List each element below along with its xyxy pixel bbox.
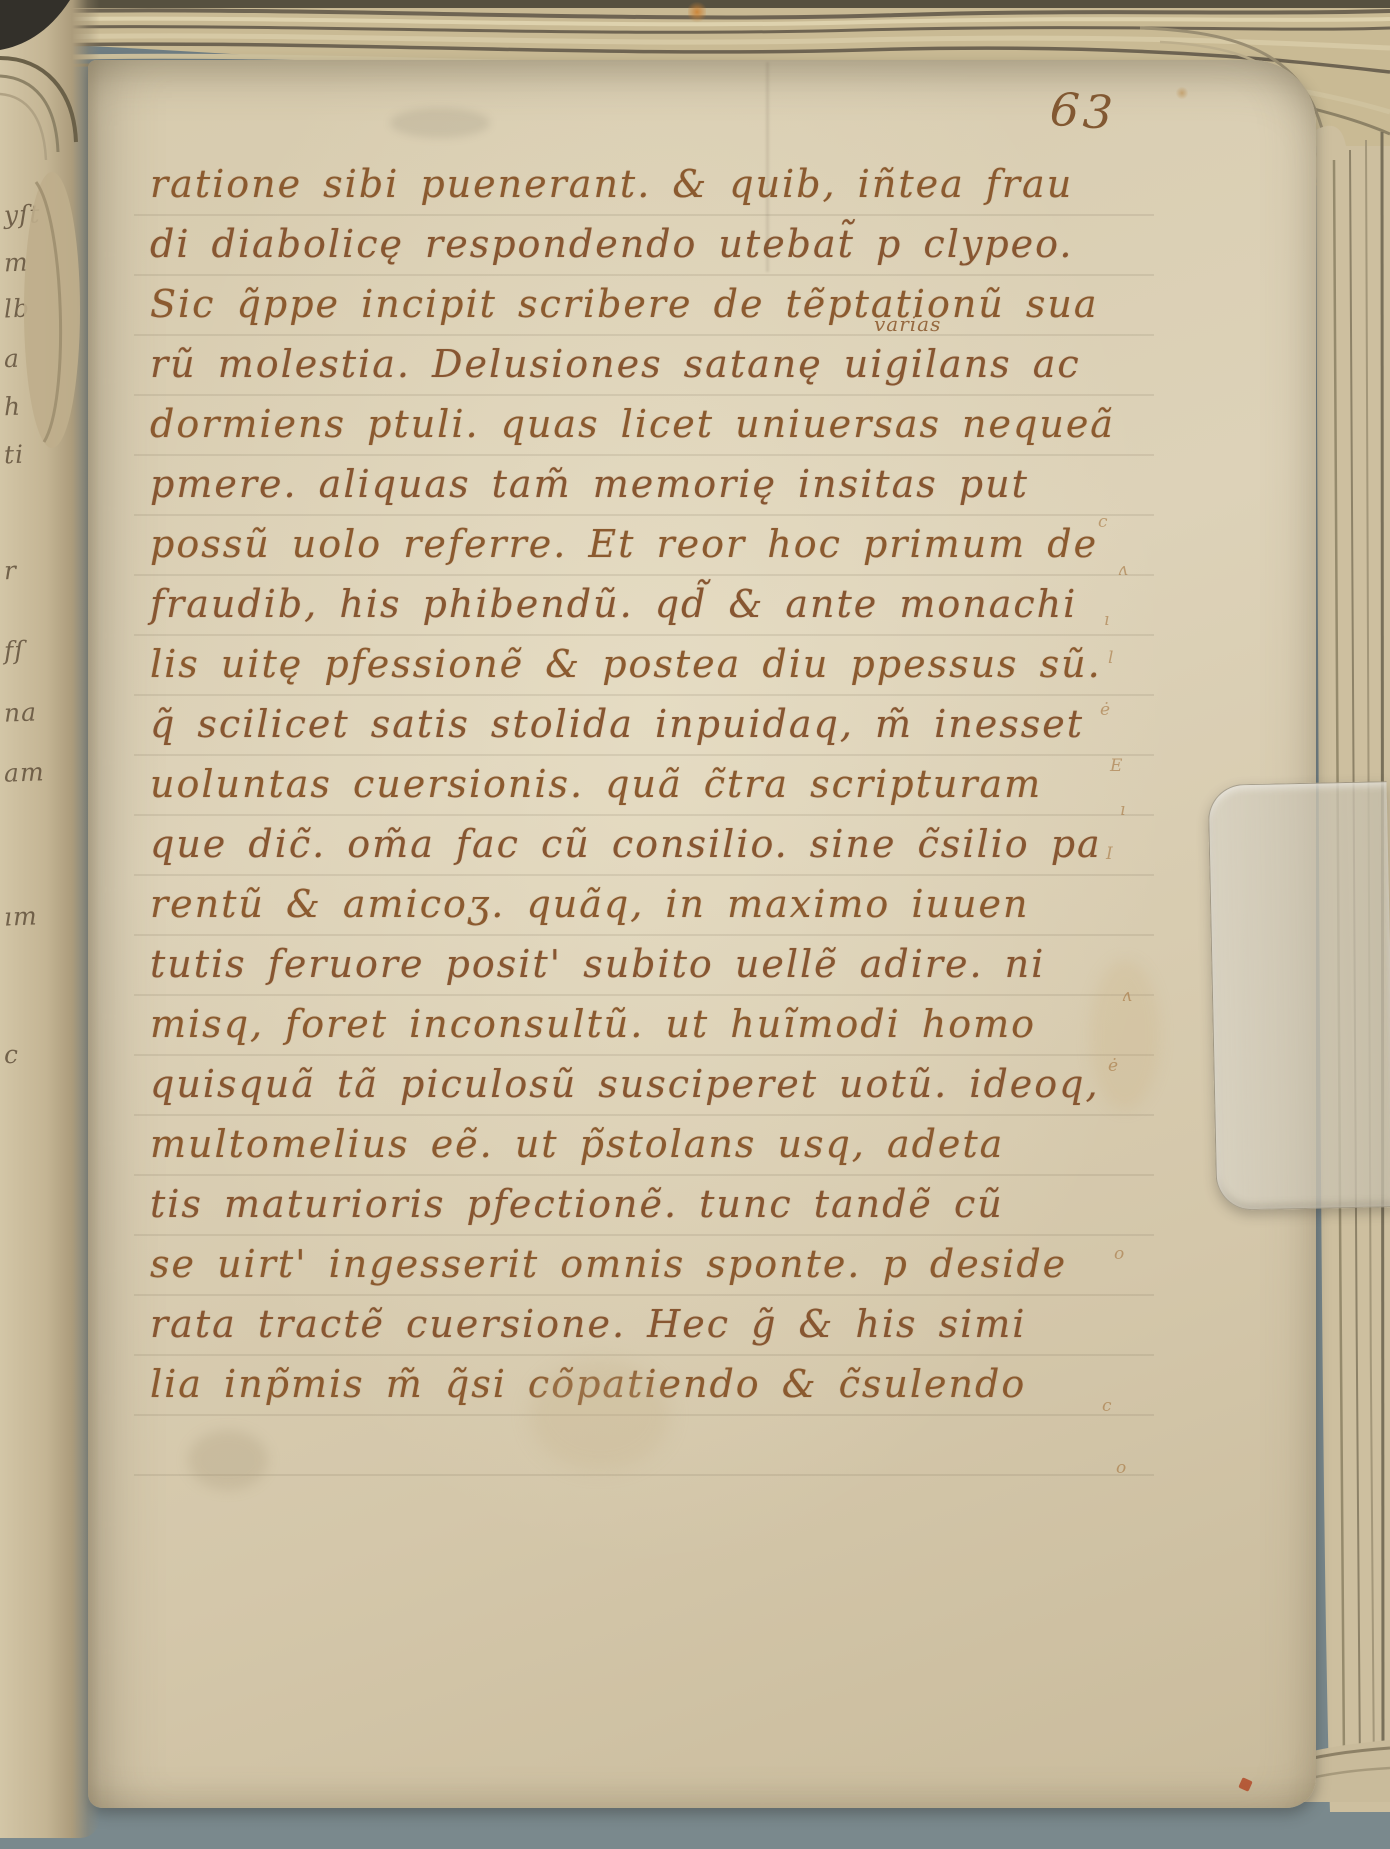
parchment-page: ratione sibi puenerant. & quib, iñtea fr… <box>88 60 1316 1808</box>
manuscript-line: multomelius eẽ. ut p̃stolans usq, adeta <box>150 1114 1160 1174</box>
manuscript-text-block: ratione sibi puenerant. & quib, iñtea fr… <box>150 154 1160 1414</box>
facing-page-text-fragment: ıт <box>4 901 39 931</box>
manuscript-line: lia inp̃mis m̃ q̃si cõpatiendo & c̃sulen… <box>150 1354 1160 1414</box>
facing-page-text-fragment: na <box>4 697 38 727</box>
manuscript-line: lis uitę pfessionẽ & postea diu ppessus … <box>150 634 1160 694</box>
manuscript-line: q̃ scilicet satis stolida inpuidaq, m̃ i… <box>150 694 1160 754</box>
fore-edge-tab[interactable] <box>1208 781 1390 1211</box>
manuscript-line: misq, foret inconsultũ. ut huĩmodi homo <box>150 994 1160 1054</box>
manuscript-line: rata tractẽ cuersione. Hec g̃ & his simi <box>150 1294 1160 1354</box>
manuscript-line: possũ uolo referre. Et reor hoc primum d… <box>150 514 1160 574</box>
manuscript-line: Sic q̃ppe incipit scribere de tẽptationũ… <box>150 274 1160 334</box>
manuscript-photo: ratione sibi puenerant. & quib, iñtea fr… <box>0 0 1390 1849</box>
facing-page-text-fragment: fſ <box>4 636 26 666</box>
interlinear-gloss: varias <box>874 312 941 336</box>
page-curl-graphic <box>0 0 150 520</box>
manuscript-line: quisquã tã piculosũ susciperet uotũ. ide… <box>150 1054 1160 1114</box>
manuscript-line: di diabolicę respondendo utebat̃ p clype… <box>150 214 1160 274</box>
manuscript-line: fraudib, his phibendũ. qd̃ & ante monach… <box>150 574 1160 634</box>
manuscript-line: dormiens ptuli. quas licet uniuersas neq… <box>150 394 1160 454</box>
facing-page-text-fragment: r <box>3 556 17 585</box>
manuscript-line: tis maturioris pfectionẽ. tunc tandẽ cũ <box>150 1174 1160 1234</box>
manuscript-line: que dic̃. om̃a fac cũ consilio. sine c̃s… <box>150 814 1160 874</box>
folio-number: 63 <box>1048 82 1118 141</box>
manuscript-line: rũ molestia. Delusiones satanę uigilans … <box>150 334 1160 394</box>
manuscript-line: se uirt' ingesserit omnis sponte. p desi… <box>150 1234 1160 1294</box>
facing-page-text-fragment: aт <box>4 757 46 787</box>
manuscript-line: tutis feruore posit' subito uellẽ adire.… <box>150 934 1160 994</box>
manuscript-line: rentũ & amicoʒ. quãq, in maximo iuuen <box>150 874 1160 934</box>
manuscript-line: ratione sibi puenerant. & quib, iñtea fr… <box>150 154 1160 214</box>
facing-page-text-fragment: c <box>3 1040 19 1070</box>
manuscript-line: pmere. aliquas tam̃ memorię insitas put <box>150 454 1160 514</box>
manuscript-line: uoluntas cuersionis. quã c̃tra scriptura… <box>150 754 1160 814</box>
